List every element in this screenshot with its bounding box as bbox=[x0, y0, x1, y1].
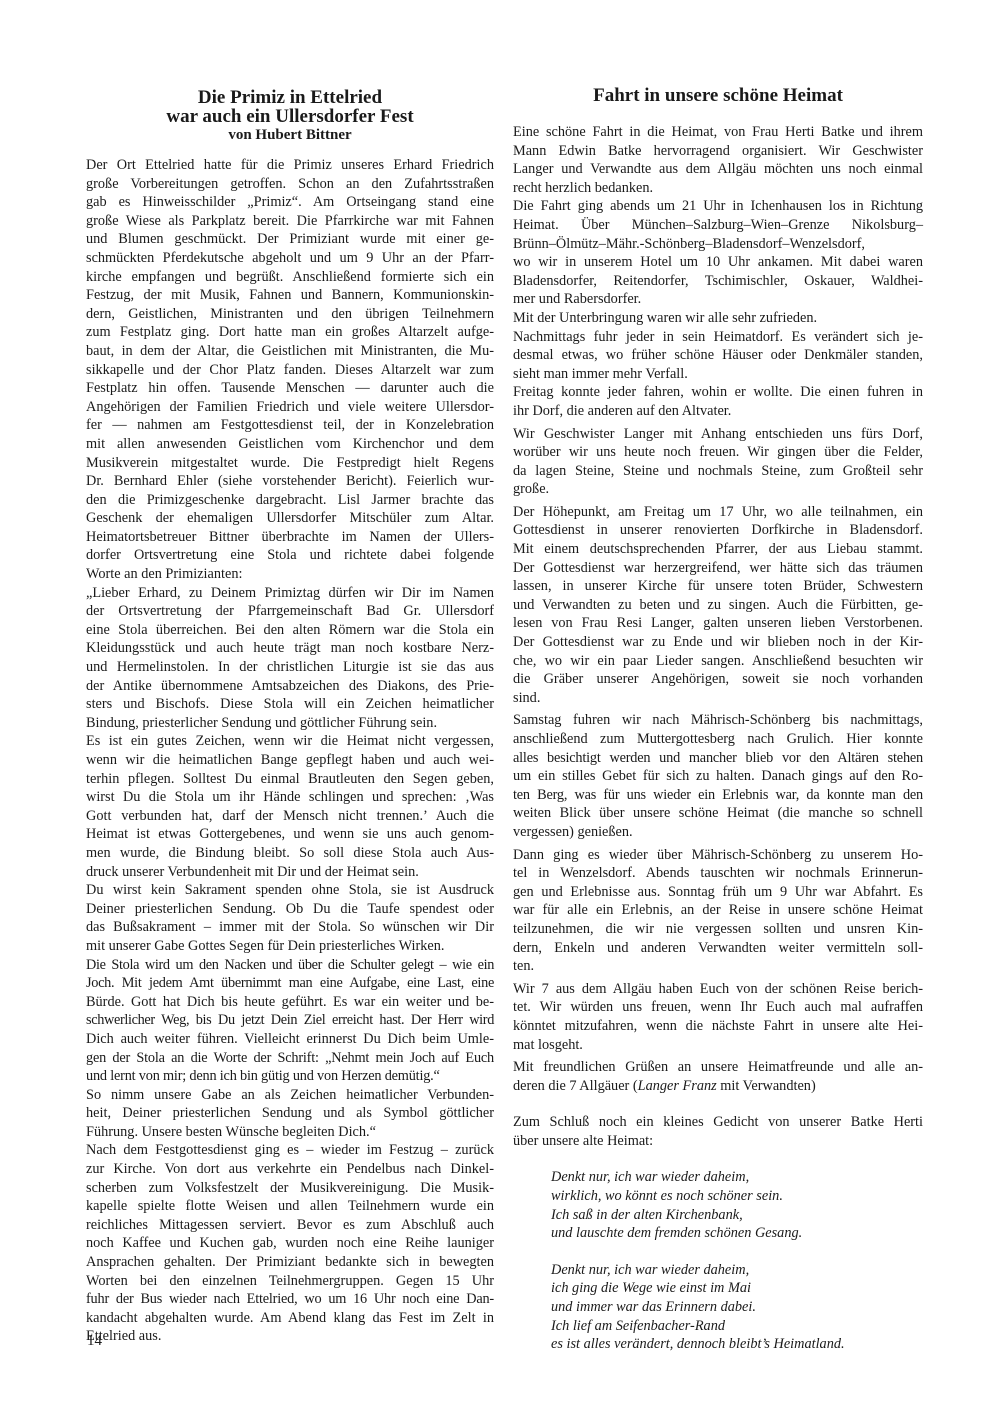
text-line: lassen, in unserer Kirche für unsere tot… bbox=[513, 577, 923, 596]
text-line: mer und Rabersdorfer. bbox=[513, 290, 923, 309]
text-line: zum Festplatz ging. Dort hatte man ein g… bbox=[86, 323, 494, 342]
text-line: Wir Geschwister Langer mit Anhang entsch… bbox=[513, 425, 923, 444]
text-line: wo wir in unserem Hotel um 10 Uhr ankame… bbox=[513, 253, 923, 272]
text-line: Der Gottesdienst war herzergreifend, wer… bbox=[513, 559, 923, 578]
text-line: worüber wir uns heute noch freuen. Wir g… bbox=[513, 443, 923, 462]
text-line: ten. bbox=[513, 957, 923, 976]
text-line: Deiner priesterlichen Sendung. Ob Du die… bbox=[86, 900, 494, 919]
text-line: Musikverein mitgestaltet wurde. Die Fest… bbox=[86, 454, 494, 473]
text-line: eine Stola überreichen. Bei den alten Rö… bbox=[86, 621, 494, 640]
text-line: könntet mitzufahren, wenn die nächste Fa… bbox=[513, 1017, 923, 1036]
text-line: Nach dem Festgottesdienst ging es – wied… bbox=[86, 1141, 494, 1160]
text-line: gen und Erlebnisse aus. Sonntag früh um … bbox=[513, 883, 923, 902]
text-line: anschließend zum Muttergottesberg nach G… bbox=[513, 730, 923, 749]
text-line: Führung. Unsere besten Wünsche begleiten… bbox=[86, 1123, 494, 1142]
text-line: dorfer Ortsvertretung eine Stola und ric… bbox=[86, 546, 494, 565]
text-line: große Wiese als Parkplatz bereit. Die Pf… bbox=[86, 212, 494, 231]
text-line: vergessen) genießen. bbox=[513, 823, 923, 842]
text-line: Kleidungsstück und auch heute trägt man … bbox=[86, 639, 494, 658]
right-article-title: Fahrt in unsere schöne Heimat bbox=[513, 86, 923, 105]
text-line: Mit der Unterbringung waren wir alle seh… bbox=[513, 309, 923, 328]
text-line: scherben zum Volksfestzelt der Musikvere… bbox=[86, 1179, 494, 1198]
left-article-body: Der Ort Ettelried hatte für die Primiz u… bbox=[86, 156, 494, 1346]
text-line: Mit einem deutschsprechenden Pfarrer, de… bbox=[513, 540, 923, 559]
text-line: fer — nahmen am Festgottesdienst teil, d… bbox=[86, 416, 494, 435]
text-line: Dich auch weiter führen. Vielleicht erin… bbox=[86, 1030, 494, 1049]
text-line: sind. bbox=[513, 689, 923, 708]
text-line: Es ist ein gutes Zeichen, wenn wir die H… bbox=[86, 732, 494, 751]
text-line: heit, Deiner priesterlichen Sendung und … bbox=[86, 1104, 494, 1123]
left-article-byline: von Hubert Bittner bbox=[86, 126, 494, 144]
text-line: Samstag fuhren wir nach Mährisch-Schönbe… bbox=[513, 711, 923, 730]
text-line: Dr. Bernhard Ehler (siehe vorstehender B… bbox=[86, 472, 494, 491]
text-line: Mit freundlichen Grüßen an unsere Heimat… bbox=[513, 1058, 923, 1077]
text-line: Gottesdienst in unserer renovierten Dorf… bbox=[513, 521, 923, 540]
poem-stanza-2: Denkt nur, ich war wieder daheim, ich gi… bbox=[551, 1261, 923, 1354]
text-line: Mann Edwin Batke hervorragend organisier… bbox=[513, 142, 923, 161]
text-line: da lagen Steine, Steine und nochmals Ste… bbox=[513, 462, 923, 481]
text-line: kapelle spielte flotte Weisen und allen … bbox=[86, 1197, 494, 1216]
text-line: dern, Geistlichen, Ministranten und den … bbox=[86, 305, 494, 324]
poem-line: Ich saß in der alten Kirchenbank, bbox=[551, 1206, 923, 1225]
text-line: Worte an den Primizianten: bbox=[86, 565, 494, 584]
right-article: Fahrt in unsere schöne Heimat Eine schön… bbox=[513, 0, 923, 1354]
text-line: und Hermelinstolen. In der christlichen … bbox=[86, 658, 494, 677]
text-line: Die Stola wird um den Nacken und über di… bbox=[86, 956, 494, 975]
poem-line: ich ging die Wege wie einst im Mai bbox=[551, 1279, 923, 1298]
text-line: Nachmittags fuhr jeder in sein Heimatdor… bbox=[513, 328, 923, 347]
text-line: die Gräber unserer Angehörigen, soweit s… bbox=[513, 670, 923, 689]
text-line: Gott verbunden hat, darf der Mensch nich… bbox=[86, 807, 494, 826]
text-line: Geschenk der ehemaligen Ullersdorfer Mit… bbox=[86, 509, 494, 528]
poem-line: wirklich, wo könnt es noch schöner sein. bbox=[551, 1187, 923, 1206]
text-line: kandacht abgehalten wurde. Am Abend klan… bbox=[86, 1309, 494, 1328]
text-line: Angehörigen der Familien Friedrich und v… bbox=[86, 398, 494, 417]
text-line: tel in Wenzelsdorf. Abends tauschten wir… bbox=[513, 864, 923, 883]
poem-intro-line: über unsere alte Heimat: bbox=[513, 1132, 923, 1151]
text-line: den die Primizgeschenke dargebracht. Lis… bbox=[86, 491, 494, 510]
text-line: So nimm unsere Gabe an als Zeichen heima… bbox=[86, 1086, 494, 1105]
text-line: terhin pflegen. Solltest Du einmal Braut… bbox=[86, 770, 494, 789]
text-line: schwerlicher Weg, bis Du jetzt Dein Ziel… bbox=[86, 1011, 494, 1030]
text-line: der Antike übernommene Amtsabzeichen des… bbox=[86, 677, 494, 696]
left-article-title-line1: Die Primiz in Ettelried bbox=[86, 88, 494, 107]
text-line: gen der Stola an die Worte der Schrift: … bbox=[86, 1049, 494, 1068]
text-line: Freitag konnte jeder fahren, wohin er wo… bbox=[513, 383, 923, 402]
text-line: Die Fahrt ging abends um 21 Uhr in Ichen… bbox=[513, 197, 923, 216]
signoff-line: deren die 7 Allgäuer (Langer Franz mit V… bbox=[513, 1077, 923, 1096]
text-line: schmückten Pferdekutsche abgeholt und um… bbox=[86, 249, 494, 268]
text-line: lesen von Frau Resi Langer, galten unser… bbox=[513, 614, 923, 633]
poem-stanza-1: Denkt nur, ich war wieder daheim, wirkli… bbox=[551, 1168, 923, 1242]
page-number: 14 bbox=[87, 1333, 102, 1350]
poem-line: Denkt nur, ich war wieder daheim, bbox=[551, 1261, 923, 1280]
text-line: das Bußsakrament – immer mit der Stola. … bbox=[86, 918, 494, 937]
text-line: Du wirst kein Sakrament spenden ohne Sto… bbox=[86, 881, 494, 900]
text-line: fuhr der Bus wieder nach Ettelried, wo u… bbox=[86, 1290, 494, 1309]
text-line: große Vorbereitungen getroffen. Schon an… bbox=[86, 175, 494, 194]
text-line: sters und Bischofs. Diese Stola will ein… bbox=[86, 695, 494, 714]
text-line: Heimat ist etwas Gottergebenes, und wenn… bbox=[86, 825, 494, 844]
text-line: Bürde. Gott hat Dich bis heute geführt. … bbox=[86, 993, 494, 1012]
text-line: weiten Blick über unsere schöne Heimat (… bbox=[513, 804, 923, 823]
text-line: und lernt von mir; denn ich bin gütig un… bbox=[86, 1067, 494, 1086]
text-line: reichliches Mittagessen serviert. Bevor … bbox=[86, 1216, 494, 1235]
text-line: kirche empfangen und begrüßt. Anschließe… bbox=[86, 268, 494, 287]
text-line: Dann ging es wieder über Mährisch-Schönb… bbox=[513, 846, 923, 865]
text-line: Wir 7 aus dem Allgäu haben Euch von der … bbox=[513, 980, 923, 999]
text-line: der Ortsvertretung der Pfarrgemeinschaft… bbox=[86, 602, 494, 621]
poem-line: Ich lief am Seifenbacher-Rand bbox=[551, 1317, 923, 1336]
text-line: wenn wir die heimatlichen Bange gepflegt… bbox=[86, 751, 494, 770]
poem-line: Denkt nur, ich war wieder daheim, bbox=[551, 1168, 923, 1187]
text-line: ten Berg, was für uns wieder ein Erlebni… bbox=[513, 786, 923, 805]
text-line: baut, in dem der Altar, die Geistlichen … bbox=[86, 342, 494, 361]
text-line: „Lieber Erhard, zu Deinem Primiztag dürf… bbox=[86, 584, 494, 603]
text-line: um ein stilles Gebet für sich zu halten.… bbox=[513, 767, 923, 786]
right-article-body: Eine schöne Fahrt in die Heimat, von Fra… bbox=[513, 123, 923, 1354]
text-line: Brünn–Ölmütz–Mähr.-Schönberg–Bladensdorf… bbox=[513, 235, 923, 254]
text-line: Eine schöne Fahrt in die Heimat, von Fra… bbox=[513, 123, 923, 142]
text-line: noch Kaffee und Kuchen gab, wurden noch … bbox=[86, 1234, 494, 1253]
text-line: Joch. Mit jedem Amt übernimmt man eine A… bbox=[86, 974, 494, 993]
poem-line: und immer war das Erinnern dabei. bbox=[551, 1298, 923, 1317]
text-line: Worten bei den einzelnen Teilnehmergrupp… bbox=[86, 1272, 494, 1291]
text-line: große. bbox=[513, 480, 923, 499]
text-line: Der Gottesdienst war zu Ende und wir bli… bbox=[513, 633, 923, 652]
text-line: desmal etwas, wo früher schöne Häuser od… bbox=[513, 346, 923, 365]
text-line: Festzug, der mit Musik, Fahnen und Banne… bbox=[86, 286, 494, 305]
text-line: und Blumen geschmückt. Der Primiziant wu… bbox=[86, 230, 494, 249]
text-line: alles besichtigt werden und mancher blie… bbox=[513, 749, 923, 768]
text-line: gab es Hinweisschilder „Primiz“. Am Orts… bbox=[86, 193, 494, 212]
text-line: sieht man immer mehr Verfall. bbox=[513, 365, 923, 384]
text-line: che, wo wir ein paar Lieder sangen. Ansc… bbox=[513, 652, 923, 671]
text-line: Festplatz hin offen. Tausende Menschen —… bbox=[86, 379, 494, 398]
poem-line: und lauschte dem fremden schönen Gesang. bbox=[551, 1224, 923, 1243]
text-line: zur Kirche. Von dort aus verkehrte ein P… bbox=[86, 1160, 494, 1179]
poem-line: es ist alles verändert, dennoch bleibt’s… bbox=[551, 1335, 923, 1354]
poem-intro-line: Zum Schluß noch ein kleines Gedicht von … bbox=[513, 1113, 923, 1132]
text-line: und Verwandten zu beten und zu singen. A… bbox=[513, 596, 923, 615]
text-line: Langer und Verwandte aus dem Allgäu möch… bbox=[513, 160, 923, 179]
text-line: sikkapelle und der Chor Platz fanden. Di… bbox=[86, 361, 494, 380]
text-line: teilzunehmen, die wir nie vergessen soll… bbox=[513, 920, 923, 939]
text-line: druck unserer Verbundenheit mit Dir und … bbox=[86, 863, 494, 882]
left-article: Die Primiz in Ettelried war auch ein Ull… bbox=[86, 0, 494, 1346]
text-line: men wurde, die Bindung bleibt. So soll d… bbox=[86, 844, 494, 863]
text-line: Bladensdorfer, Reitendorfer, Tschimischl… bbox=[513, 272, 923, 291]
text-line: recht herzlich bedanken. bbox=[513, 179, 923, 198]
text-line: dern, Enkeln und anderen Verwandten weit… bbox=[513, 939, 923, 958]
text-line: mit allen anwesenden Geistlichen vom Kir… bbox=[86, 435, 494, 454]
text-line: Bindung, priesterlicher Sendung und gött… bbox=[86, 714, 494, 733]
text-line: war für alle ein Erlebnis, an der Reise … bbox=[513, 901, 923, 920]
text-line: Der Höhepunkt, am Freitag um 17 Uhr, wo … bbox=[513, 503, 923, 522]
author-name: Langer Franz bbox=[638, 1078, 717, 1094]
text-line: mit unserer Gabe Gottes Segen für Dein p… bbox=[86, 937, 494, 956]
text-line: ihr Dorf, die anderen auf den Altvater. bbox=[513, 402, 923, 421]
text-line: Ansprachen gehalten. Der Primiziant beda… bbox=[86, 1253, 494, 1272]
text-line: Ettelried aus. bbox=[86, 1327, 494, 1346]
text-line: wirst Du die Stola um ihr Hände schlinge… bbox=[86, 788, 494, 807]
text-line: Heimat. Über München–Salzburg–Wien–Grenz… bbox=[513, 216, 923, 235]
text-line: Heimatortsbetreuer Bittner überbrachte i… bbox=[86, 528, 494, 547]
text-line: Der Ort Ettelried hatte für die Primiz u… bbox=[86, 156, 494, 175]
text-line: tet. Wir würden uns freuen, wenn Ihr Euc… bbox=[513, 998, 923, 1017]
text-line: mat losgeht. bbox=[513, 1036, 923, 1055]
left-article-title-line2: war auch ein Ullersdorfer Fest bbox=[86, 107, 494, 126]
